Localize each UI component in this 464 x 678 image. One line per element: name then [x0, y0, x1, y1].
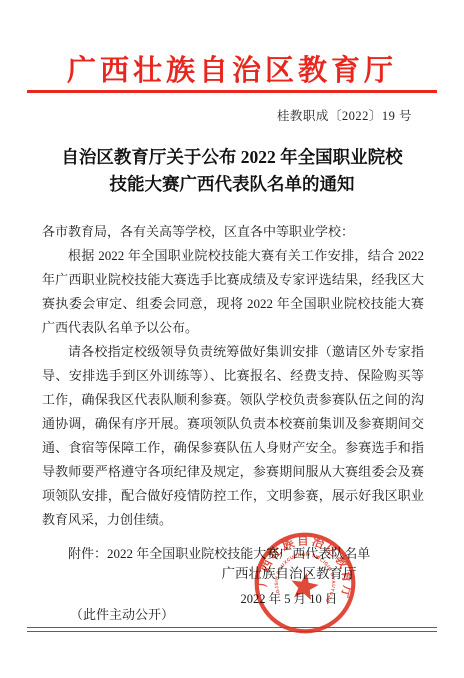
signature-date: 2022 年 5 月 10 日: [218, 589, 360, 607]
footer-divider-line: [27, 627, 437, 632]
public-disclosure-note: （此件主动公开）: [70, 604, 174, 623]
notice-body: 各市教育局，各有关高等学校，区直各中等职业学校： 根据 2022 年全国职业院校…: [42, 220, 424, 566]
notice-title-line-1: 自治区教育厅关于公布 2022 年全国职业院校: [24, 144, 440, 171]
body-paragraph-2: 请各校指定校级领导负责统筹做好集训安排（邀请区外专家指导、安排选手到区外训练等）…: [42, 340, 424, 532]
body-paragraph-1: 根据 2022 年全国职业院校技能大赛有关工作安排，结合 2022 年广西职业院…: [42, 244, 424, 340]
salutation-line: 各市教育局，各有关高等学校，区直各中等职业学校：: [42, 220, 424, 244]
letterhead-org-title: 广西壮族自治区教育厅: [0, 48, 464, 89]
official-notice-document: 广西壮族自治区教育厅 桂教职成〔2022〕19 号 自治区教育厅关于公布 202…: [0, 0, 464, 678]
document-number: 桂教职成〔2022〕19 号: [277, 106, 412, 124]
letterhead-divider-line: [27, 90, 437, 93]
signature-organization: 广西壮族自治区教育厅: [218, 562, 360, 582]
notice-title: 自治区教育厅关于公布 2022 年全国职业院校 技能大赛广西代表队名单的通知: [24, 144, 440, 198]
notice-title-line-2: 技能大赛广西代表队名单的通知: [24, 171, 440, 198]
